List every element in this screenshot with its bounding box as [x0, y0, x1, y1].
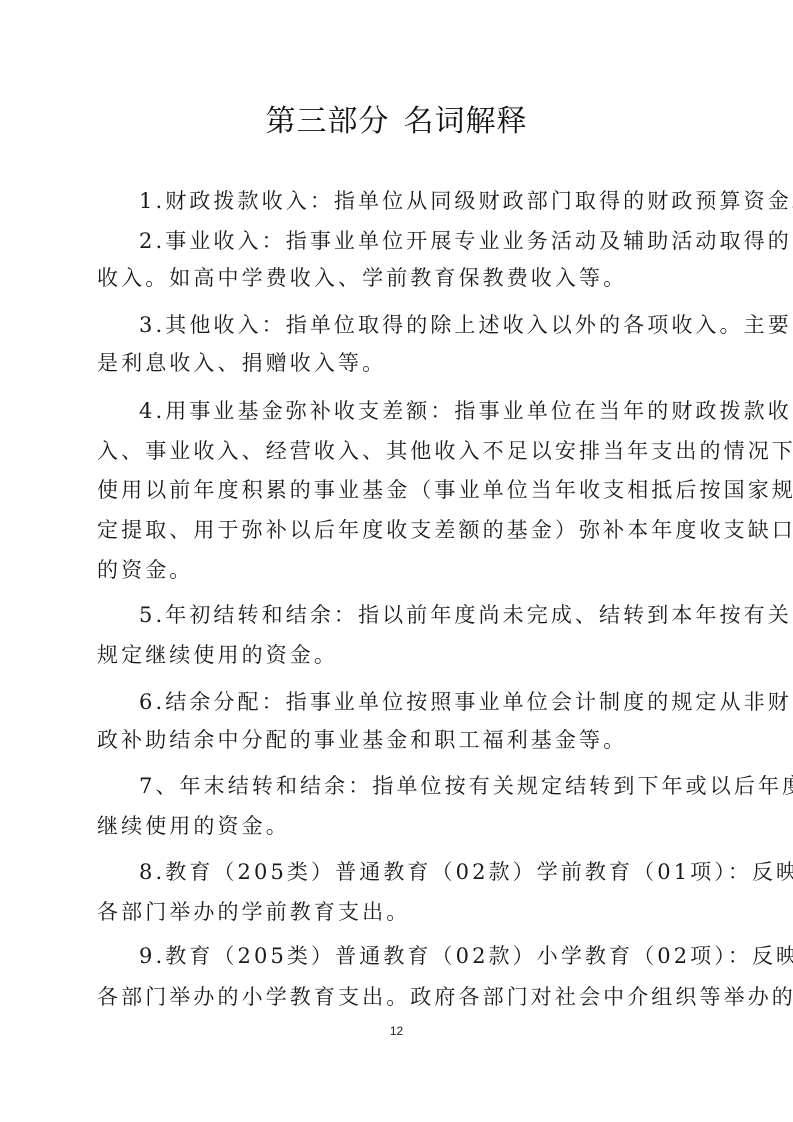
page-number: 12	[0, 1024, 793, 1038]
paragraph-line: 是利息收入、捐赠收入等。	[97, 348, 727, 378]
paragraph-line: 的资金。	[97, 555, 727, 585]
paragraph-line: 各部门举办的学前教育支出。	[97, 897, 727, 927]
paragraph-line: 7、年末结转和结余：指单位按有关规定结转到下年或以后年度	[139, 771, 729, 801]
paragraph-line: 4.用事业基金弥补收支差额：指事业单位在当年的财政拨款收	[139, 396, 729, 426]
paragraph-line: 5.年初结转和结余：指以前年度尚未完成、结转到本年按有关	[139, 600, 729, 630]
paragraph-line: 各部门举办的小学教育支出。政府各部门对社会中介组织等举办的	[97, 982, 727, 1012]
paragraph-line: 2.事业收入：指事业单位开展专业业务活动及辅助活动取得的	[139, 226, 729, 256]
paragraph-line: 收入。如高中学费收入、学前教育保教费收入等。	[97, 263, 727, 293]
paragraph-line: 3.其他收入：指单位取得的除上述收入以外的各项收入。主要	[139, 310, 729, 340]
paragraph-line: 使用以前年度积累的事业基金（事业单位当年收支相抵后按国家规	[97, 475, 727, 505]
paragraph-line: 定提取、用于弥补以后年度收支差额的基金）弥补本年度收支缺口	[97, 515, 727, 545]
title-heading: 名词解释	[404, 104, 528, 139]
paragraph-line: 入、事业收入、经营收入、其他收入不足以安排当年支出的情况下，	[97, 436, 727, 466]
paragraph-line: 政补助结余中分配的事业基金和职工福利基金等。	[97, 725, 727, 755]
paragraph-line: 规定继续使用的资金。	[97, 640, 727, 670]
paragraph-line: 6.结余分配：指事业单位按照事业单位会计制度的规定从非财	[139, 687, 729, 717]
paragraph-line: 8.教育（205类）普通教育（02款）学前教育（01项）：反映	[139, 857, 729, 887]
paragraph-line: 9.教育（205类）普通教育（02款）小学教育（02项）：反映	[139, 941, 729, 971]
title-part: 第三部分	[266, 104, 390, 139]
paragraph-line: 1.财政拨款收入：指单位从同级财政部门取得的财政预算资金。	[139, 186, 729, 216]
paragraph-line: 继续使用的资金。	[97, 811, 727, 841]
page-title: 第三部分名词解释	[0, 96, 793, 140]
